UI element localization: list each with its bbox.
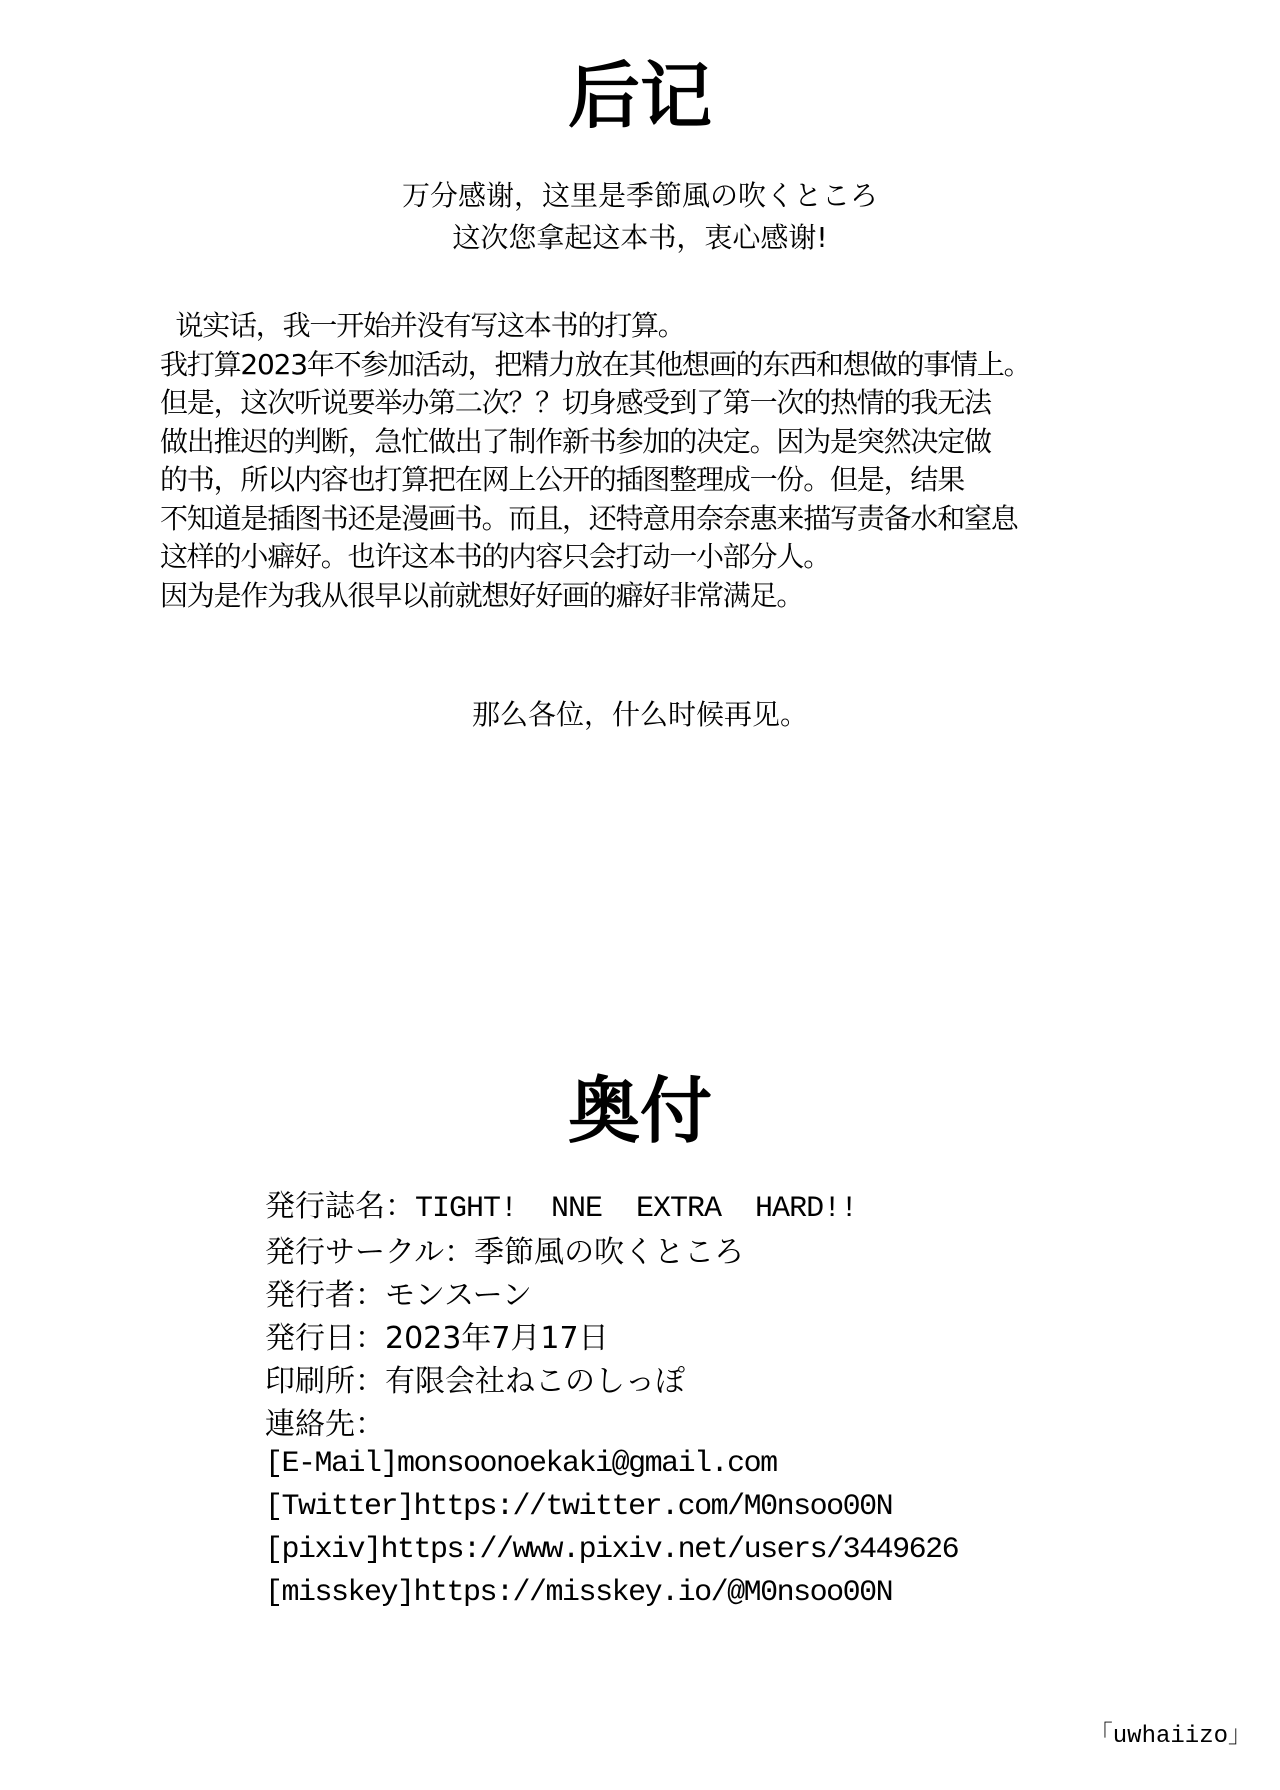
- contact-tag: [pixiv]: [265, 1533, 381, 1567]
- field-label: 発行者：: [265, 1278, 385, 1313]
- body-line: 做出推迟的判断，急忙做出了制作新书参加的决定。因为是突然决定做: [160, 423, 1220, 462]
- contact-value: https://www.pixiv.net/users/3449626: [381, 1533, 959, 1567]
- contact-email: [E-Mail]monsoonoekaki@gmail.com: [265, 1443, 958, 1486]
- field-value: 2023年7月17日: [385, 1321, 609, 1356]
- body-line: 这样的小癖好。也许这本书的内容只会打动一小部分人。: [160, 538, 1220, 577]
- colophon-title: 奥付: [0, 1075, 1280, 1147]
- contact-list: [E-Mail]monsoonoekaki@gmail.com [Twitter…: [265, 1443, 958, 1615]
- contact-tag: [Twitter]: [265, 1490, 414, 1524]
- greeting-line: 这次您拿起这本书，衷心感谢!: [0, 217, 1280, 259]
- body-line: 不知道是插图书还是漫画书。而且，还特意用奈奈惠来描写责备水和窒息: [160, 500, 1220, 539]
- field-value: 季節風の吹くところ: [474, 1235, 744, 1270]
- field-value: 有限会社ねこのしっぽ: [385, 1364, 685, 1399]
- contact-misskey: [misskey]https://misskey.io/@M0nsoo00N: [265, 1572, 958, 1615]
- colophon-field-circle: 発行サークル：季節風の吹くところ: [265, 1231, 857, 1274]
- field-value: TIGHT! NNE EXTRA HARD!!: [415, 1192, 857, 1226]
- contact-value: https://twitter.com/M0nsoo00N: [414, 1490, 893, 1524]
- afterword-body: 说实话，我一开始并没有写这本书的打算。 我打算2023年不参加活动，把精力放在其…: [160, 307, 1220, 615]
- body-line: 我打算2023年不参加活动，把精力放在其他想画的东西和想做的事情上。: [160, 346, 1220, 385]
- body-line: 但是，这次听说要举办第二次？？切身感受到了第一次的热情的我无法: [160, 384, 1220, 423]
- body-line: 说实话，我一开始并没有写这本书的打算。: [160, 307, 1220, 346]
- contact-value: monsoonoekaki@gmail.com: [397, 1447, 777, 1481]
- contact-tag: [E-Mail]: [265, 1447, 397, 1481]
- field-label: 連絡先：: [265, 1407, 385, 1442]
- colophon-field-date: 発行日：2023年7月17日: [265, 1317, 857, 1360]
- contact-tag: [misskey]: [265, 1576, 414, 1610]
- colophon-field-printer: 印刷所：有限会社ねこのしっぽ: [265, 1360, 857, 1403]
- contact-value: https://misskey.io/@M0nsoo00N: [414, 1576, 893, 1610]
- greeting-line: 万分感谢，这里是季節風の吹くところ: [0, 175, 1280, 217]
- colophon-field-contact: 連絡先：: [265, 1403, 857, 1446]
- contact-twitter: [Twitter]https://twitter.com/M0nsoo00N: [265, 1486, 958, 1529]
- colophon-field-publication: 発行誌名：TIGHT! NNE EXTRA HARD!!: [265, 1185, 857, 1231]
- field-value: モンスーン: [385, 1278, 532, 1313]
- field-label: 印刷所：: [265, 1364, 385, 1399]
- body-line: 的书，所以内容也打算把在网上公开的插图整理成一份。但是，结果: [160, 461, 1220, 500]
- afterword-greeting: 万分感谢，这里是季節風の吹くところ 这次您拿起这本书，衷心感谢!: [0, 175, 1280, 259]
- field-label: 発行誌名：: [265, 1189, 415, 1224]
- colophon-fields: 発行誌名：TIGHT! NNE EXTRA HARD!! 発行サークル：季節風の…: [265, 1185, 857, 1446]
- afterword-closing: 那么各位，什么时候再见。: [0, 695, 1280, 735]
- field-label: 発行日：: [265, 1321, 385, 1356]
- field-label: 発行サークル：: [265, 1235, 474, 1270]
- body-line: 因为是作为我从很早以前就想好好画的癖好非常满足。: [160, 577, 1220, 616]
- afterword-title: 后记: [0, 60, 1280, 132]
- contact-pixiv: [pixiv]https://www.pixiv.net/users/34496…: [265, 1529, 958, 1572]
- colophon-field-publisher: 発行者：モンスーン: [265, 1274, 857, 1317]
- credit-label: 「uwhaiizo」: [1089, 1722, 1252, 1752]
